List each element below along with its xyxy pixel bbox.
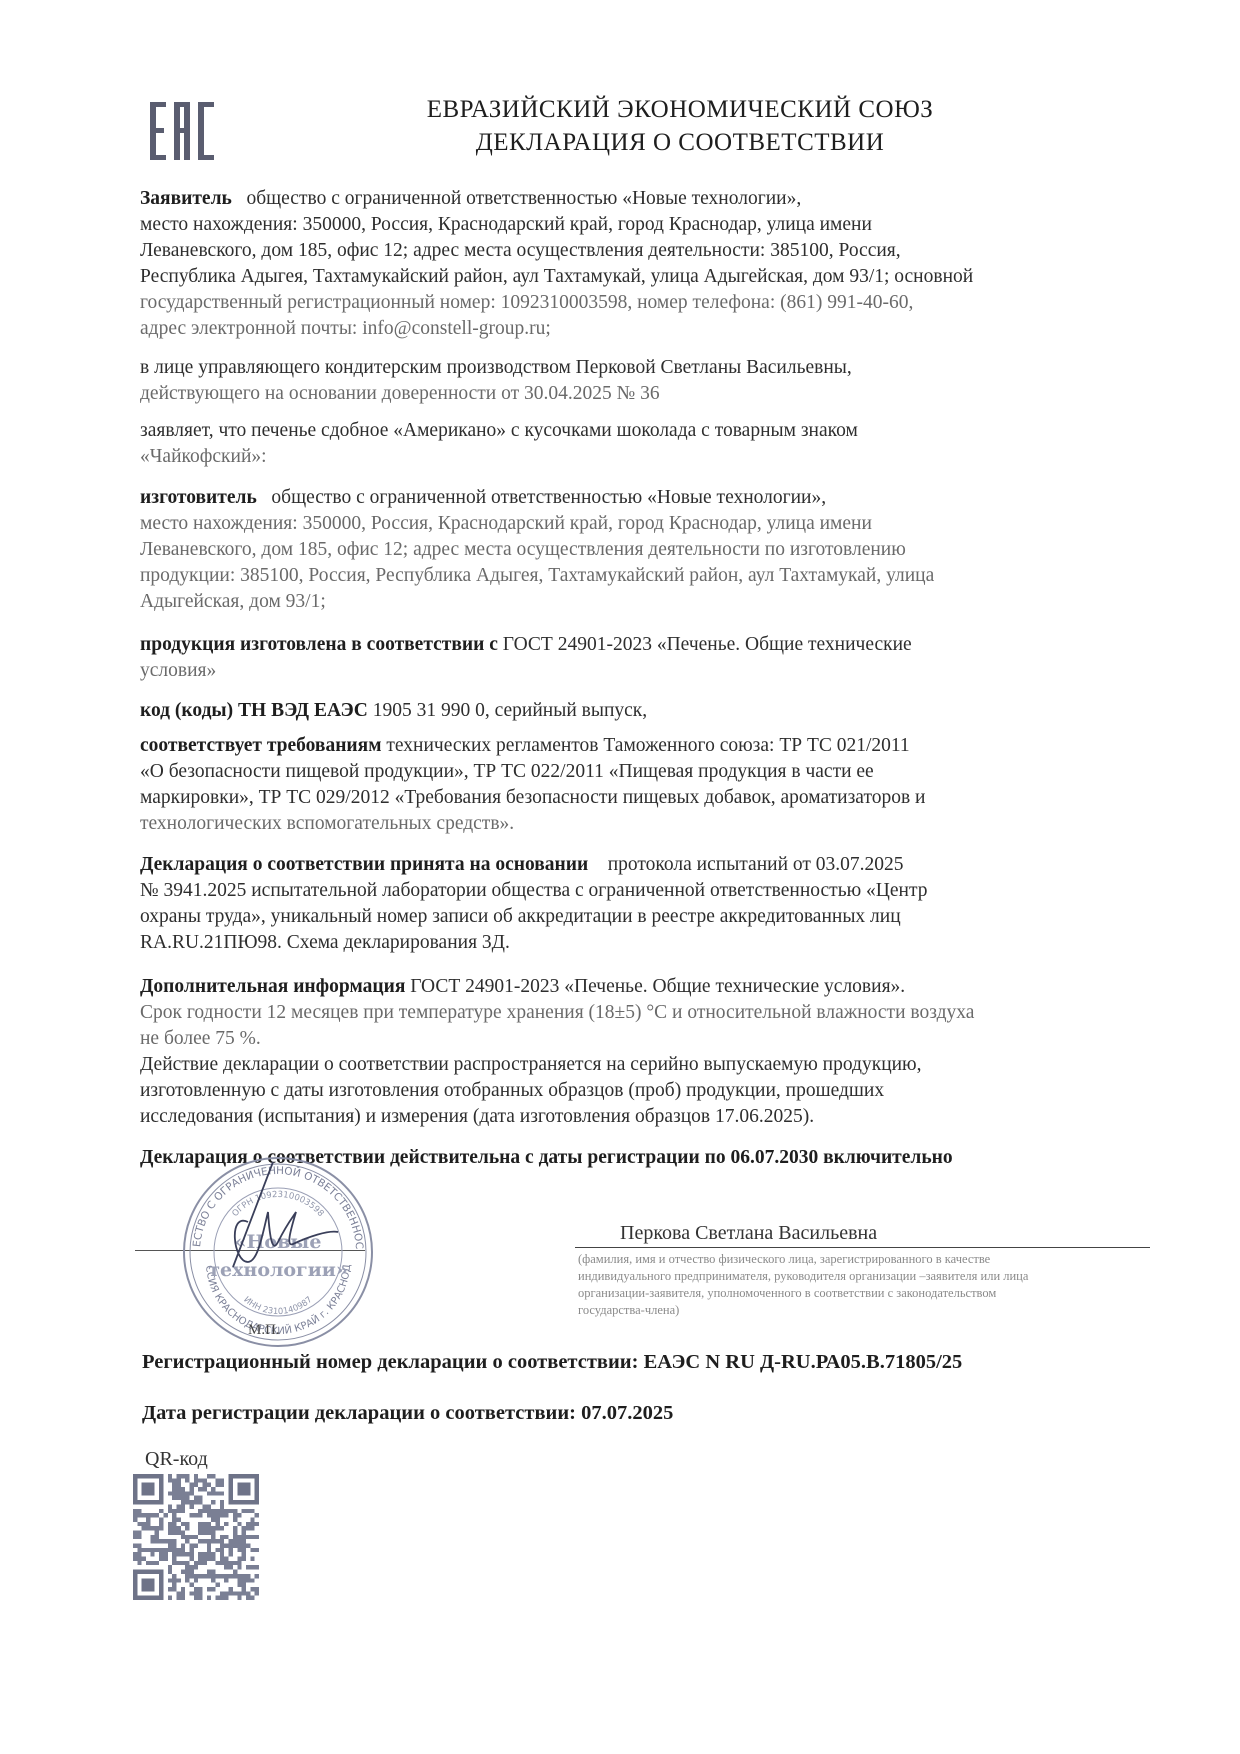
applicant-label: Заявитель <box>140 188 232 209</box>
applicant-line: место нахождения: 350000, Россия, Красно… <box>140 212 1170 238</box>
registration-number-value: ЕАЭС N RU Д-RU.РА05.В.71805/25 <box>644 1351 963 1373</box>
code-label: код (коды) ТН ВЭД ЕАЭС <box>140 700 368 721</box>
additional-line: исследования (испытания) и измерения (да… <box>140 1104 1170 1130</box>
registration-date-label: Дата регистрации декларации о соответств… <box>142 1402 576 1424</box>
manufacturer-line: место нахождения: 350000, Россия, Красно… <box>140 511 1170 537</box>
standard-line: ГОСТ 24901-2023 «Печенье. Общие техничес… <box>503 634 912 655</box>
additional-line: не более 75 %. <box>140 1026 1170 1052</box>
standard-line: условия» <box>140 658 1170 684</box>
compliance-line: «О безопасности пищевой продукции», ТР Т… <box>140 759 1170 785</box>
manufacturer-section: изготовитель общество с ограниченной отв… <box>140 485 1170 615</box>
applicant-line: Республика Адыгея, Тахтамукайский район,… <box>140 264 1170 290</box>
basis-label: Декларация о соответствии принята на осн… <box>140 854 588 875</box>
representative-line: в лице управляющего кондитерским произво… <box>140 355 1170 381</box>
representative-line: действующего на основании доверенности о… <box>140 381 1170 407</box>
stamp-place-label: М.П. <box>248 1322 280 1339</box>
additional-line: Действие декларации о соответствии распр… <box>140 1052 1170 1078</box>
eac-logo-icon <box>148 100 220 162</box>
union-title: ЕВРАЗИЙСКИЙ ЭКОНОМИЧЕСКИЙ СОЮЗ <box>240 96 1120 124</box>
basis-line: RA.RU.21ПЮ98. Схема декларирования 3Д. <box>140 930 1170 956</box>
compliance-section: соответствует требованиям технических ре… <box>140 733 1170 837</box>
signature-line-right <box>575 1247 1150 1248</box>
document-title: ДЕКЛАРАЦИЯ О СООТВЕТСТВИИ <box>240 129 1120 157</box>
applicant-line: общество с ограниченной ответственностью… <box>246 188 801 209</box>
declares-section: заявляет, что печенье сдобное «Американо… <box>140 418 1170 470</box>
qr-label: QR-код <box>145 1448 208 1471</box>
additional-line: изготовленную с даты изготовления отобра… <box>140 1078 1170 1104</box>
basis-line: протокола испытаний от 03.07.2025 <box>608 854 904 875</box>
additional-line: ГОСТ 24901-2023 «Печенье. Общие техничес… <box>410 976 905 997</box>
applicant-section: Заявитель общество с ограниченной ответс… <box>140 186 1170 342</box>
qr-code-icon[interactable] <box>133 1474 259 1600</box>
compliance-line: технологических вспомогательных средств»… <box>140 811 1170 837</box>
representative-section: в лице управляющего кондитерским произво… <box>140 355 1170 407</box>
signer-name: Перкова Светлана Васильевна <box>620 1222 877 1245</box>
applicant-line: Леваневского, дом 185, офис 12; адрес ме… <box>140 238 1170 264</box>
registration-number: Регистрационный номер декларации о соотв… <box>142 1351 962 1374</box>
manufacturer-line: общество с ограниченной ответственностью… <box>271 487 826 508</box>
caption-line: индивидуального предпринимателя, руковод… <box>578 1268 1158 1285</box>
basis-section: Декларация о соответствии принята на осн… <box>140 852 1170 956</box>
manufacturer-label: изготовитель <box>140 487 257 508</box>
svg-text:ОГРН 1092310003598: ОГРН 1092310003598 <box>230 1190 325 1219</box>
additional-info-section: Дополнительная информация ГОСТ 24901-202… <box>140 974 1170 1130</box>
svg-text:технологии»: технологии» <box>208 1259 348 1281</box>
compliance-line: маркировки», ТР ТС 029/2012 «Требования … <box>140 785 1170 811</box>
registration-number-label: Регистрационный номер декларации о соотв… <box>142 1351 638 1373</box>
compliance-line: технических регламентов Таможенного союз… <box>386 735 909 756</box>
signer-caption: (фамилия, имя и отчество физического лиц… <box>578 1251 1158 1319</box>
standard-label: продукция изготовлена в соответствии с <box>140 634 498 655</box>
applicant-line: государственный регистрационный номер: 1… <box>140 290 1170 316</box>
manufacturer-line: продукции: 385100, Россия, Республика Ад… <box>140 563 1170 589</box>
caption-line: государства-члена) <box>578 1302 1158 1319</box>
basis-line: охраны труда», уникальный номер записи о… <box>140 904 1170 930</box>
basis-line: № 3941.2025 испытательной лаборатории об… <box>140 878 1170 904</box>
manufacturer-line: Леваневского, дом 185, офис 12; адрес ме… <box>140 537 1170 563</box>
compliance-label: соответствует требованиям <box>140 735 382 756</box>
caption-line: организации-заявителя, уполномоченного в… <box>578 1285 1158 1302</box>
code-value: 1905 31 990 0, серийный выпуск, <box>373 700 647 721</box>
code-section: код (коды) ТН ВЭД ЕАЭС 1905 31 990 0, се… <box>140 698 1170 724</box>
manufacturer-line: Адыгейская, дом 93/1; <box>140 589 1170 615</box>
additional-line: Срок годности 12 месяцев при температуре… <box>140 1000 1170 1026</box>
declares-line: заявляет, что печенье сдобное «Американо… <box>140 418 1170 444</box>
standard-section: продукция изготовлена в соответствии с Г… <box>140 632 1170 684</box>
caption-line: (фамилия, имя и отчество физического лиц… <box>578 1251 1158 1268</box>
applicant-email: адрес электронной почты: info@constell-g… <box>140 316 1170 342</box>
additional-info-label: Дополнительная информация <box>140 976 405 997</box>
declares-line: «Чайкофский»: <box>140 444 1170 470</box>
svg-text:ИНН 2310140987: ИНН 2310140987 <box>241 1295 314 1317</box>
registration-date-value: 07.07.2025 <box>581 1402 673 1424</box>
registration-date: Дата регистрации декларации о соответств… <box>142 1402 673 1425</box>
